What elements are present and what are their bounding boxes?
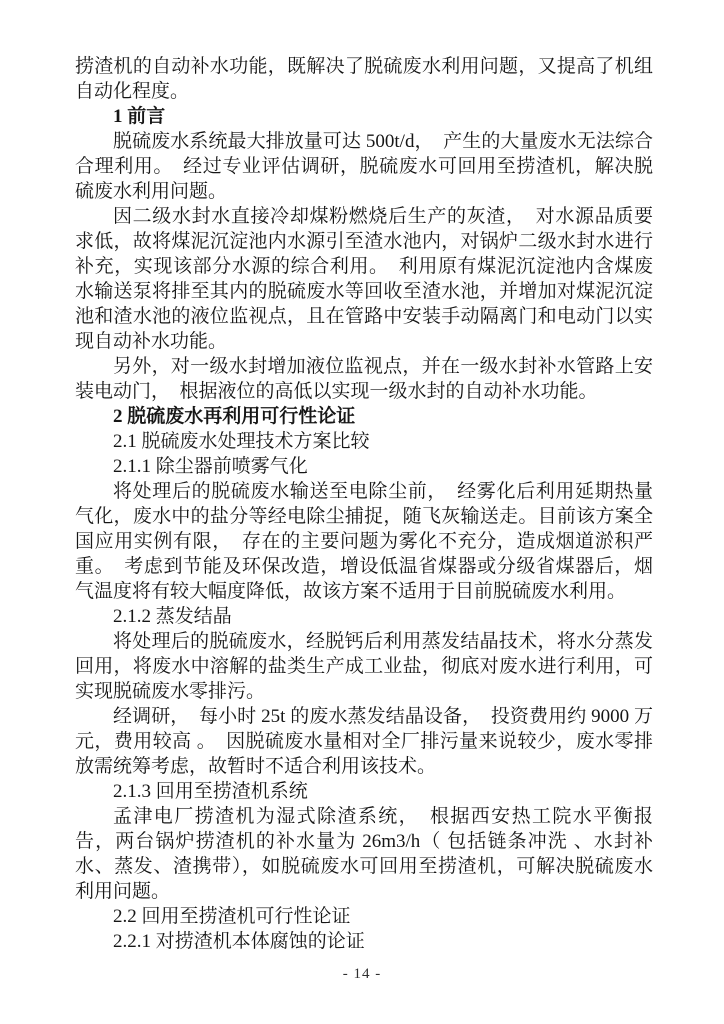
paragraph: 将处理后的脱硫废水输送至电除尘前， 经雾化后利用延期热量气化，废水中的盐分等经电… <box>75 479 653 604</box>
paragraph: 另外，对一级水封增加液位监视点，并在一级水封补水管路上安装电动门， 根据液位的高… <box>75 354 653 404</box>
paragraph: 将处理后的脱硫废水，经脱钙后利用蒸发结晶技术，将水分蒸发回用，将废水中溶解的盐类… <box>75 629 653 704</box>
document-page: 捞渣机的自动补水功能，既解决了脱硫废水利用问题，又提高了机组自动化程度。 1 前… <box>0 0 724 1024</box>
paragraph: 脱硫废水系统最大排放量可达 500t/d， 产生的大量废水无法综合合理利用。 经… <box>75 129 653 204</box>
section-heading-feasibility: 2 脱硫废水再利用可行性论证 <box>75 404 653 429</box>
paragraph-continued: 捞渣机的自动补水功能，既解决了脱硫废水利用问题，又提高了机组自动化程度。 <box>75 54 653 104</box>
paragraph: 因二级水封水直接冷却煤粉燃烧后生产的灰渣， 对水源品质要求低，故将煤泥沉淀池内水… <box>75 204 653 354</box>
subsection-heading-2-1: 2.1 脱硫废水处理技术方案比较 <box>75 429 653 454</box>
page-body: 捞渣机的自动补水功能，既解决了脱硫废水利用问题，又提高了机组自动化程度。 1 前… <box>75 54 653 954</box>
section-heading-foreword: 1 前言 <box>75 104 653 129</box>
subsection-heading-2-1-2: 2.1.2 蒸发结晶 <box>75 604 653 629</box>
subsection-heading-2-1-3: 2.1.3 回用至捞渣机系统 <box>75 779 653 804</box>
subsection-heading-2-2: 2.2 回用至捞渣机可行性论证 <box>75 904 653 929</box>
subsection-heading-2-2-1: 2.2.1 对捞渣机本体腐蚀的论证 <box>75 929 653 954</box>
paragraph: 孟津电厂捞渣机为湿式除渣系统， 根据西安热工院水平衡报告，两台锅炉捞渣机的补水量… <box>75 804 653 904</box>
subsection-heading-2-1-1: 2.1.1 除尘器前喷雾气化 <box>75 454 653 479</box>
page-number: - 14 - <box>0 964 724 984</box>
paragraph: 经调研， 每小时 25t 的废水蒸发结晶设备， 投资费用约 9000 万元，费用… <box>75 704 653 779</box>
